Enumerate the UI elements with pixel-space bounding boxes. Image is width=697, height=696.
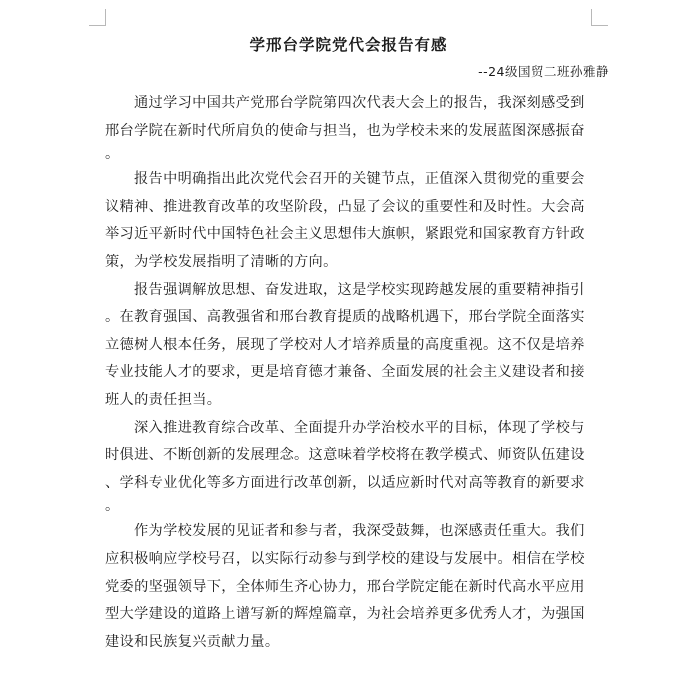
paragraph-line: 班人的责任担当。 [105, 387, 597, 415]
document-author: --24级国贸二班孙雅静 [478, 62, 609, 80]
paragraph-line: 邢台学院在新时代所肩负的使命与担当，也为学校未来的发展蓝图深感振奋 [105, 118, 597, 146]
paragraph-line: 报告中明确指出此次党代会召开的关键节点，正值深入贯彻党的重要会 [105, 166, 597, 194]
document-body: 通过学习中国共产党邢台学院第四次代表大会上的报告，我深刻感受到 邢台学院在新时代… [105, 90, 597, 656]
paragraph-line: 、学科专业优化等多方面进行改革创新，以适应新时代对高等教育的新要求 [105, 470, 597, 498]
paragraph-line: 深入推进教育综合改革、全面提升办学治校水平的目标，体现了学校与 [105, 415, 597, 443]
paragraph-line: 党委的坚强领导下，全体师生齐心协力，邢台学院定能在新时代高水平应用 [105, 574, 597, 602]
paragraph-line: 时俱进、不断创新的发展理念。这意味着学校将在教学模式、师资队伍建设 [105, 442, 597, 470]
paragraph-line: 型大学建设的道路上谱写新的辉煌篇章，为社会培养更多优秀人才，为强国 [105, 601, 597, 629]
document-title: 学邢台学院党代会报告有感 [0, 33, 697, 55]
paragraph-line: 。 [105, 145, 597, 166]
paragraph-line: 议精神、推进教育改革的攻坚阶段，凸显了会议的重要性和及时性。大会高 [105, 194, 597, 222]
paragraph-3: 报告强调解放思想、奋发进取，这是学校实现跨越发展的重要精神指引 。在教育强国、高… [105, 277, 597, 415]
paragraph-line: 立德树人根本任务，展现了学校对人才培养质量的高度重视。这不仅是培养 [105, 332, 597, 360]
paragraph-line: 建设和民族复兴贡献力量。 [105, 629, 597, 657]
paragraph-line: 。在教育强国、高教强省和邢台教育提质的战略机遇下，邢台学院全面落实 [105, 304, 597, 332]
paragraph-2: 报告中明确指出此次党代会召开的关键节点，正值深入贯彻党的重要会 议精神、推进教育… [105, 166, 597, 276]
paragraph-4: 深入推进教育综合改革、全面提升办学治校水平的目标，体现了学校与 时俱进、不断创新… [105, 415, 597, 519]
margin-corner-mark-top-right [591, 9, 608, 26]
paragraph-line: 策，为学校发展指明了清晰的方向。 [105, 249, 597, 277]
paragraph-line: 。 [105, 497, 597, 518]
paragraph-line: 作为学校发展的见证者和参与者，我深受鼓舞，也深感责任重大。我们 [105, 518, 597, 546]
margin-corner-mark-top-left [89, 9, 106, 26]
paragraph-1: 通过学习中国共产党邢台学院第四次代表大会上的报告，我深刻感受到 邢台学院在新时代… [105, 90, 597, 166]
paragraph-line: 专业技能人才的要求，更是培育德才兼备、全面发展的社会主义建设者和接 [105, 359, 597, 387]
paragraph-5: 作为学校发展的见证者和参与者，我深受鼓舞，也深感责任重大。我们 应积极响应学校号… [105, 518, 597, 656]
paragraph-line: 应积极响应学校号召，以实际行动参与到学校的建设与发展中。相信在学校 [105, 546, 597, 574]
paragraph-line: 通过学习中国共产党邢台学院第四次代表大会上的报告，我深刻感受到 [105, 90, 597, 118]
paragraph-line: 报告强调解放思想、奋发进取，这是学校实现跨越发展的重要精神指引 [105, 277, 597, 305]
paragraph-line: 举习近平新时代中国特色社会主义思想伟大旗帜，紧跟党和国家教育方针政 [105, 221, 597, 249]
